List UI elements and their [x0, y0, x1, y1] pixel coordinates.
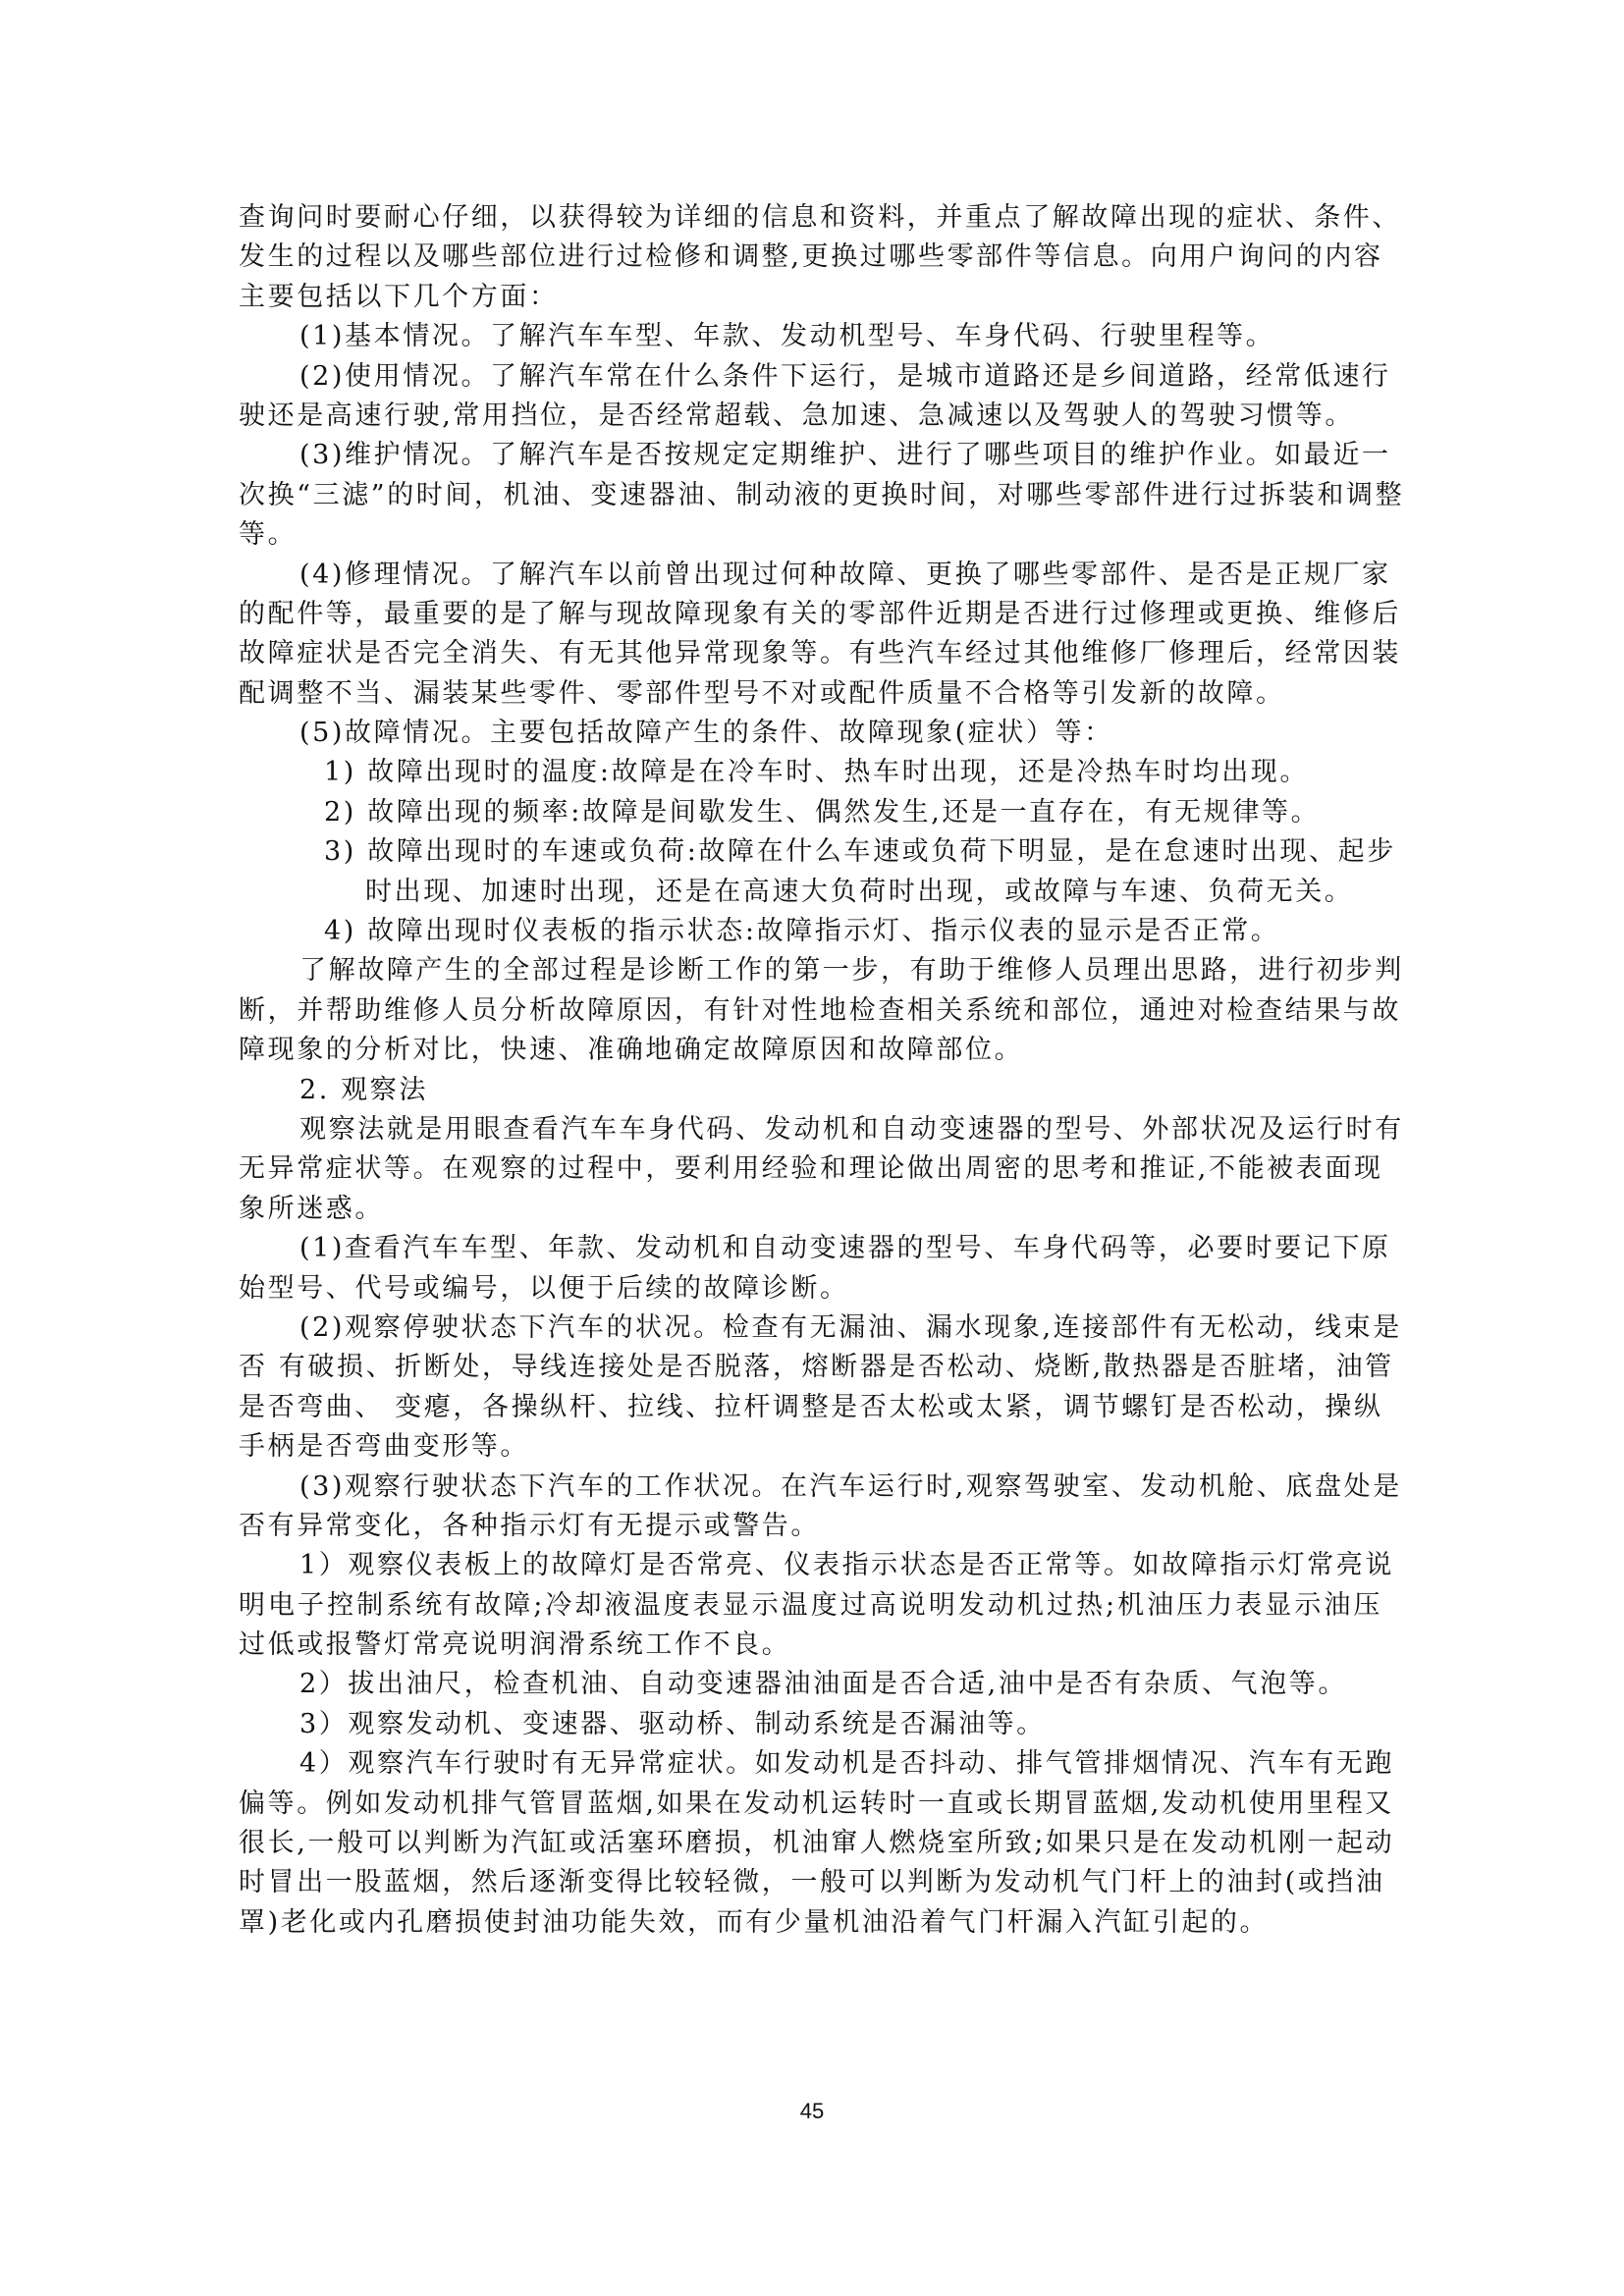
text-line: 很长,一般可以判断为汽缸或活塞环磨损，机油窜人燃烧室所致;如果只是在发动机刚一起… [239, 1824, 1382, 1863]
text-line: 4）观察汽车行驶时有无异常症状。如发动机是否抖动、排气管排烟情况、汽车有无跑 [239, 1744, 1382, 1784]
text-line: 明电子控制系统有故障;冷却液温度表显示温度过高说明发动机过热;机油压力表显示油压 [239, 1586, 1382, 1626]
text-line: 故障症状是否完全消失、有无其他异常现象等。有些汽车经过其他维修厂修理后，经常因装 [239, 634, 1382, 673]
document-page: 查询问时要耐心仔细，以获得较为详细的信息和资料，并重点了解故障出现的症状、条件、… [0, 0, 1624, 2296]
text-line: 2）拔出油尺，检查机油、自动变速器油油面是否合适,油中是否有杂质、气泡等。 [239, 1665, 1382, 1704]
text-line: 时冒出一股蓝烟，然后逐渐变得比较轻微，一般可以判断为发动机气门杆上的油封(或挡油 [239, 1863, 1382, 1902]
text-line: 否有异常变化，各种指示灯有无提示或警告。 [239, 1507, 1382, 1546]
text-line: 是否弯曲、 变瘪，各操纵杆、拉线、拉杆调整是否太松或太紧，调节螺钉是否松动，操纵 [239, 1388, 1382, 1427]
text-line: 无异常症状等。在观察的过程中，要利用经验和理论做出周密的思考和推证,不能被表面现 [239, 1149, 1382, 1189]
text-line: 驶还是高速行驶,常用挡位，是否经常超载、急加速、急减速以及驾驶人的驾驶习惯等。 [239, 397, 1382, 436]
text-line: 偏等。例如发动机排气管冒蓝烟,如果在发动机运转时一直或长期冒蓝烟,发动机使用里程… [239, 1785, 1382, 1824]
text-line: 发生的过程以及哪些部位进行过检修和调整,更换过哪些零部件等信息。向用户询问的内容 [239, 238, 1382, 277]
text-line: 等。 [239, 515, 1382, 555]
text-line: (3)维护情况。了解汽车是否按规定定期维护、进行了哪些项目的维护作业。如最近一 [239, 436, 1382, 475]
text-line: 3）观察发动机、变速器、驱动桥、制动系统是否漏油等。 [239, 1705, 1382, 1744]
text-line: 配调整不当、漏装某些零件、零部件型号不对或配件质量不合格等引发新的故障。 [239, 674, 1382, 714]
text-line: 1）观察仪表板上的故障灯是否常亮、仪表指示状态是否正常等。如故障指示灯常亮说 [239, 1546, 1382, 1585]
text-line: 次换“三滤”的时间，机油、变速器油、制动液的更换时间，对哪些零部件进行过拆装和调… [239, 476, 1382, 515]
text-line: 的配件等，最重要的是了解与现故障现象有关的零部件近期是否进行过修理或更换、维修后 [239, 595, 1382, 634]
text-line: 罩)老化或内孔磨损使封油功能失效，而有少量机油沿着气门杆漏入汽缸引起的。 [239, 1903, 1382, 1943]
list-item: 1) 故障出现时的温度:故障是在冷车时、热车时出现，还是冷热车时均出现。 [239, 753, 1382, 792]
text-line: 断，并帮助维修人员分析故障原因，有针对性地检查相关系统和部位，通迚对检查结果与故 [239, 991, 1382, 1031]
list-item-continuation: 时出现、加速时出现，还是在高速大负荷时出现，或故障与车速、负荷无关。 [239, 873, 1382, 912]
text-line: (3)观察行驶状态下汽车的工作状况。在汽车运行时,观察驾驶室、发动机舱、底盘处是 [239, 1468, 1382, 1507]
text-line: 始型号、代号或编号，以便于后续的故障诊断。 [239, 1269, 1382, 1308]
text-line: 主要包括以下几个方面： [239, 278, 1382, 317]
text-line: 了解故障产生的全部过程是诊断工作的第一步，有助于维修人员理出思路，进行初步判 [239, 951, 1382, 990]
text-line: 象所迷惑。 [239, 1190, 1382, 1229]
list-item: 3) 故障出现时的车速或负荷:故障在什么车速或负荷下明显，是在怠速时出现、起步 [239, 832, 1382, 872]
page-number: 45 [0, 2099, 1624, 2124]
body-text: 查询问时要耐心仔细，以获得较为详细的信息和资料，并重点了解故障出现的症状、条件、… [239, 198, 1382, 1943]
text-line: 观察法就是用眼查看汽车车身代码、发动机和自动变速器的型号、外部状况及运行时有 [239, 1110, 1382, 1149]
text-line: (1)基本情况。了解汽车车型、年款、发动机型号、车身代码、行驶里程等。 [239, 317, 1382, 356]
text-line: 否 有破损、折断处，导线连接处是否脱落，熔断器是否松动、烧断,散热器是否脏堵，油… [239, 1348, 1382, 1387]
text-line: 障现象的分析对比，快速、准确地确定故障原因和故障部位。 [239, 1031, 1382, 1070]
text-line: 手柄是否弯曲变形等。 [239, 1427, 1382, 1467]
list-item: 4) 故障出现时仪表板的指示状态:故障指示灯、指示仪表的显示是否正常。 [239, 912, 1382, 951]
text-line: (2)观察停驶状态下汽车的状况。检查有无漏油、漏水现象,连接部件有无松动，线束是 [239, 1308, 1382, 1348]
text-line: (1)查看汽车车型、年款、发动机和自动变速器的型号、车身代码等，必要时要记下原 [239, 1229, 1382, 1268]
list-item: 2) 故障出现的频率:故障是间歇发生、偶然发生,还是一直存在，有无规律等。 [239, 793, 1382, 832]
text-line: (2)使用情况。了解汽车常在什么条件下运行，是城市道路还是乡间道路，经常低速行 [239, 357, 1382, 397]
text-line: (4)修理情况。了解汽车以前曾出现过何种故障、更换了哪些零部件、是否是正规厂家 [239, 556, 1382, 595]
text-line: 过低或报警灯常亮说明润滑系统工作不良。 [239, 1626, 1382, 1665]
text-line: 查询问时要耐心仔细，以获得较为详细的信息和资料，并重点了解故障出现的症状、条件、 [239, 198, 1382, 238]
section-heading: 2. 观察法 [239, 1071, 1382, 1110]
text-line: (5)故障情况。主要包括故障产生的条件、故障现象(症状）等： [239, 714, 1382, 753]
